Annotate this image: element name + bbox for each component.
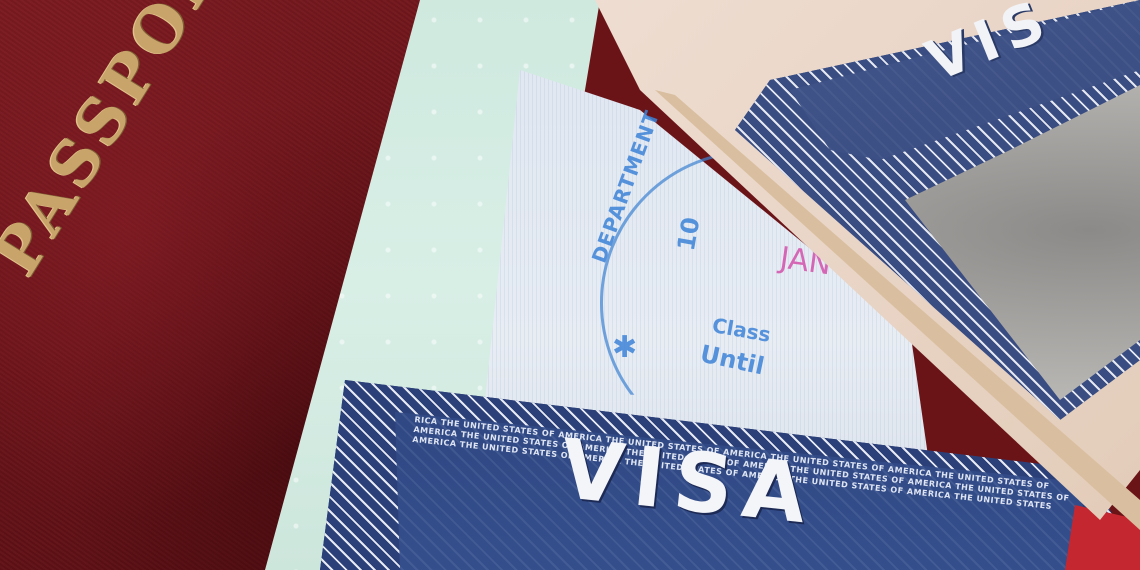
stamp-number-text: 10 [672, 215, 705, 253]
photo-scene: PASSPORT DEPARTMENT 10 Class Until ✱ JAN… [0, 0, 1140, 570]
stamp-star-icon: ✱ [612, 330, 637, 365]
